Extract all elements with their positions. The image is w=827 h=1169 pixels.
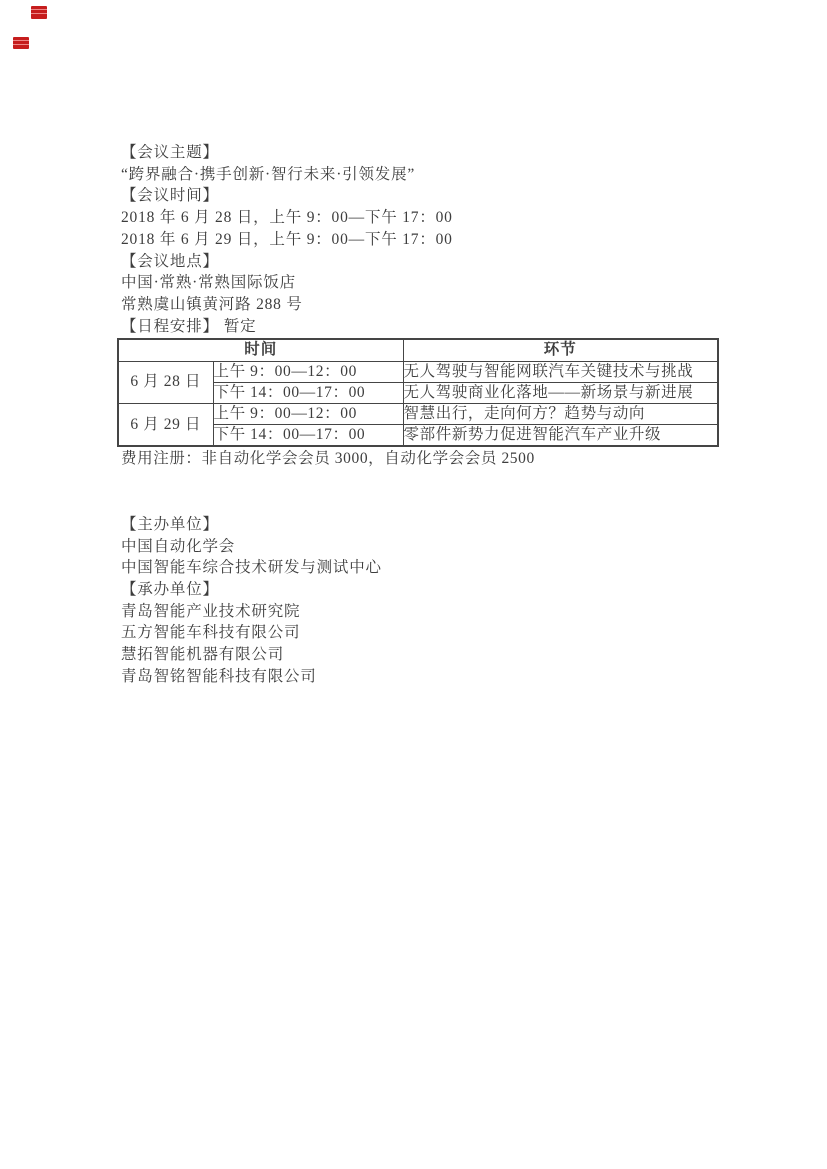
schedule-date-jun29: 6 月 29 日 bbox=[118, 403, 213, 446]
red-stamp-mark-2 bbox=[13, 37, 29, 49]
schedule-session-cell: 零部件新势力促进智能汽车产业升级 bbox=[403, 425, 718, 447]
conference-venue-line-2: 常熟虞山镇黄河路 288 号 bbox=[117, 294, 718, 316]
schedule-time-cell: 下午 14：00—17：00 bbox=[213, 425, 403, 447]
undertaker-organization-item: 五方智能车科技有限公司 bbox=[117, 622, 718, 644]
host-organization-item: 中国智能车综合技术研发与测试中心 bbox=[117, 557, 718, 579]
table-row: 6 月 28 日 上午 9：00—12：00 无人驾驶与智能网联汽车关键技术与挑… bbox=[118, 361, 718, 382]
conference-time-line-1: 2018 年 6 月 28 日，上午 9：00—下午 17：00 bbox=[117, 207, 718, 229]
conference-time-line-2: 2018 年 6 月 29 日，上午 9：00—下午 17：00 bbox=[117, 229, 718, 251]
undertaker-organization-item: 慧拓智能机器有限公司 bbox=[117, 644, 718, 666]
schedule-header-row: 时间 环节 bbox=[118, 339, 718, 361]
undertaker-organizations-heading: 【承办单位】 bbox=[117, 579, 718, 601]
undertaker-organization-item: 青岛智能产业技术研究院 bbox=[117, 601, 718, 623]
schedule-time-cell: 下午 14：00—17：00 bbox=[213, 382, 403, 403]
conference-theme-heading: 【会议主题】 bbox=[117, 142, 718, 164]
schedule-time-cell: 上午 9：00—12：00 bbox=[213, 403, 403, 424]
agenda-tentative-note: 暂定 bbox=[224, 318, 257, 335]
schedule-header-session: 环节 bbox=[403, 339, 718, 361]
conference-theme-text: “跨界融合·携手创新·智行未来·引领发展” bbox=[117, 164, 718, 186]
host-organizations-heading: 【主办单位】 bbox=[117, 514, 718, 536]
conference-venue-line-1: 中国·常熟·常熟国际饭店 bbox=[117, 272, 718, 294]
registration-fee-note: 费用注册：非自动化学会会员 3000，自动化学会会员 2500 bbox=[117, 448, 718, 470]
conference-time-heading: 【会议时间】 bbox=[117, 185, 718, 207]
section-spacer bbox=[117, 470, 718, 514]
document-body: 【会议主题】 “跨界融合·携手创新·智行未来·引领发展” 【会议时间】 2018… bbox=[117, 142, 718, 688]
table-row: 6 月 29 日 上午 9：00—12：00 智慧出行，走向何方？趋势与动向 bbox=[118, 403, 718, 424]
undertaker-organization-item: 青岛智铭智能科技有限公司 bbox=[117, 666, 718, 688]
schedule-session-cell: 智慧出行，走向何方？趋势与动向 bbox=[403, 403, 718, 424]
document-page: 【会议主题】 “跨界融合·携手创新·智行未来·引领发展” 【会议时间】 2018… bbox=[0, 0, 827, 1169]
schedule-time-cell: 上午 9：00—12：00 bbox=[213, 361, 403, 382]
agenda-heading-label: 【日程安排】 bbox=[121, 318, 219, 335]
schedule-session-cell: 无人驾驶与智能网联汽车关键技术与挑战 bbox=[403, 361, 718, 382]
agenda-heading: 【日程安排】暂定 bbox=[117, 316, 718, 338]
host-organization-item: 中国自动化学会 bbox=[117, 536, 718, 558]
conference-venue-heading: 【会议地点】 bbox=[117, 251, 718, 273]
schedule-date-jun28: 6 月 28 日 bbox=[118, 361, 213, 403]
schedule-table: 时间 环节 6 月 28 日 上午 9：00—12：00 无人驾驶与智能网联汽车… bbox=[117, 338, 719, 447]
schedule-session-cell: 无人驾驶商业化落地——新场景与新进展 bbox=[403, 382, 718, 403]
schedule-header-time: 时间 bbox=[118, 339, 403, 361]
red-stamp-mark-1 bbox=[31, 6, 47, 19]
